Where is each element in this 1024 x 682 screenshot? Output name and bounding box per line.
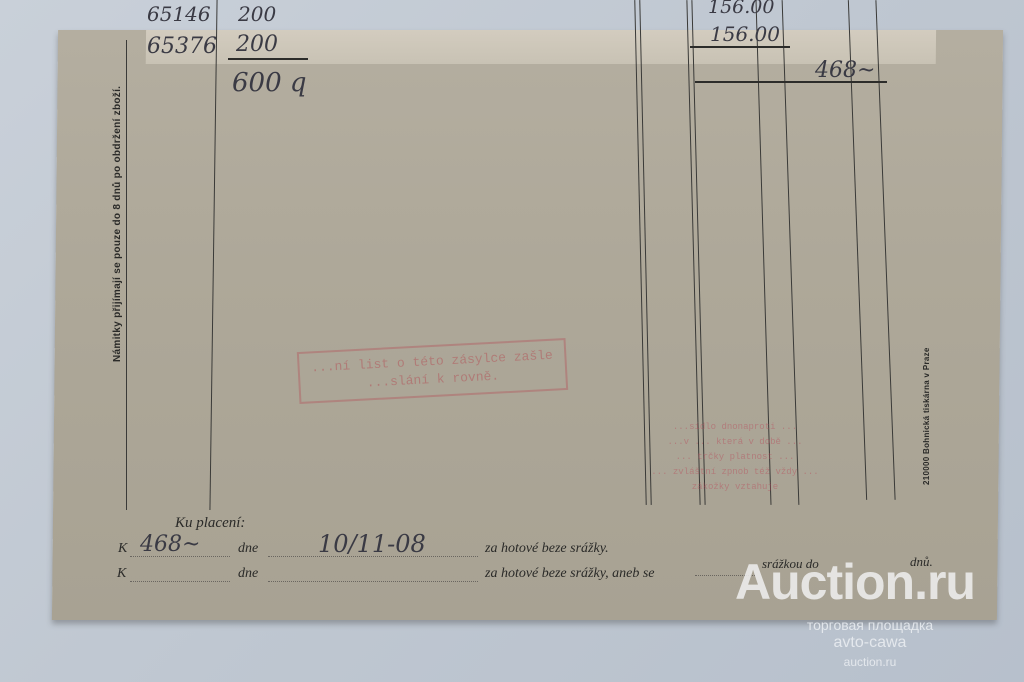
date-label: dne — [238, 566, 258, 582]
grand-total: 468~ — [815, 58, 875, 83]
printer-note: 210000 Bohnická tiskárna v Praze — [922, 347, 931, 485]
subtotal-rule — [228, 58, 308, 60]
currency-label: K — [118, 541, 127, 557]
complaints-note: Námitky přijímají se pouze do 8 dnů po o… — [112, 86, 123, 362]
amount-dotline — [130, 556, 230, 557]
item-quantity: 200 — [236, 32, 278, 57]
item-number: 65376 — [147, 34, 217, 59]
payment-amount: 468~ — [140, 532, 200, 557]
payment-terms: za hotové beze srážky, aneb se — [485, 566, 655, 582]
payment-date: 10/11-08 — [318, 530, 426, 558]
payment-heading: Ku placení: — [175, 515, 245, 532]
payment-terms: za hotové beze srážky. — [485, 541, 609, 557]
red-stamp-secondary: ...sídlo dnonaproti ... ...v ... která v… — [600, 420, 870, 495]
item-amount: 156.00 — [710, 22, 780, 46]
item-number: 65146 — [147, 2, 211, 26]
column-line — [126, 40, 127, 510]
currency-label: K — [117, 566, 126, 582]
date-dotline — [268, 581, 478, 582]
item-quantity: 200 — [238, 2, 276, 26]
watermark-seller: avto-cawa — [770, 634, 970, 652]
date-label: dne — [238, 541, 258, 557]
watermark-site: auction.ru — [770, 655, 970, 669]
watermark-subtitle: торговая площадка — [770, 617, 970, 633]
watermark-brand: Auction.ru — [735, 553, 975, 611]
amount-dotline — [130, 581, 230, 582]
amount-rule — [690, 46, 790, 48]
quantity-total: 600 q — [232, 68, 307, 98]
item-amount: 156.00 — [708, 0, 774, 18]
